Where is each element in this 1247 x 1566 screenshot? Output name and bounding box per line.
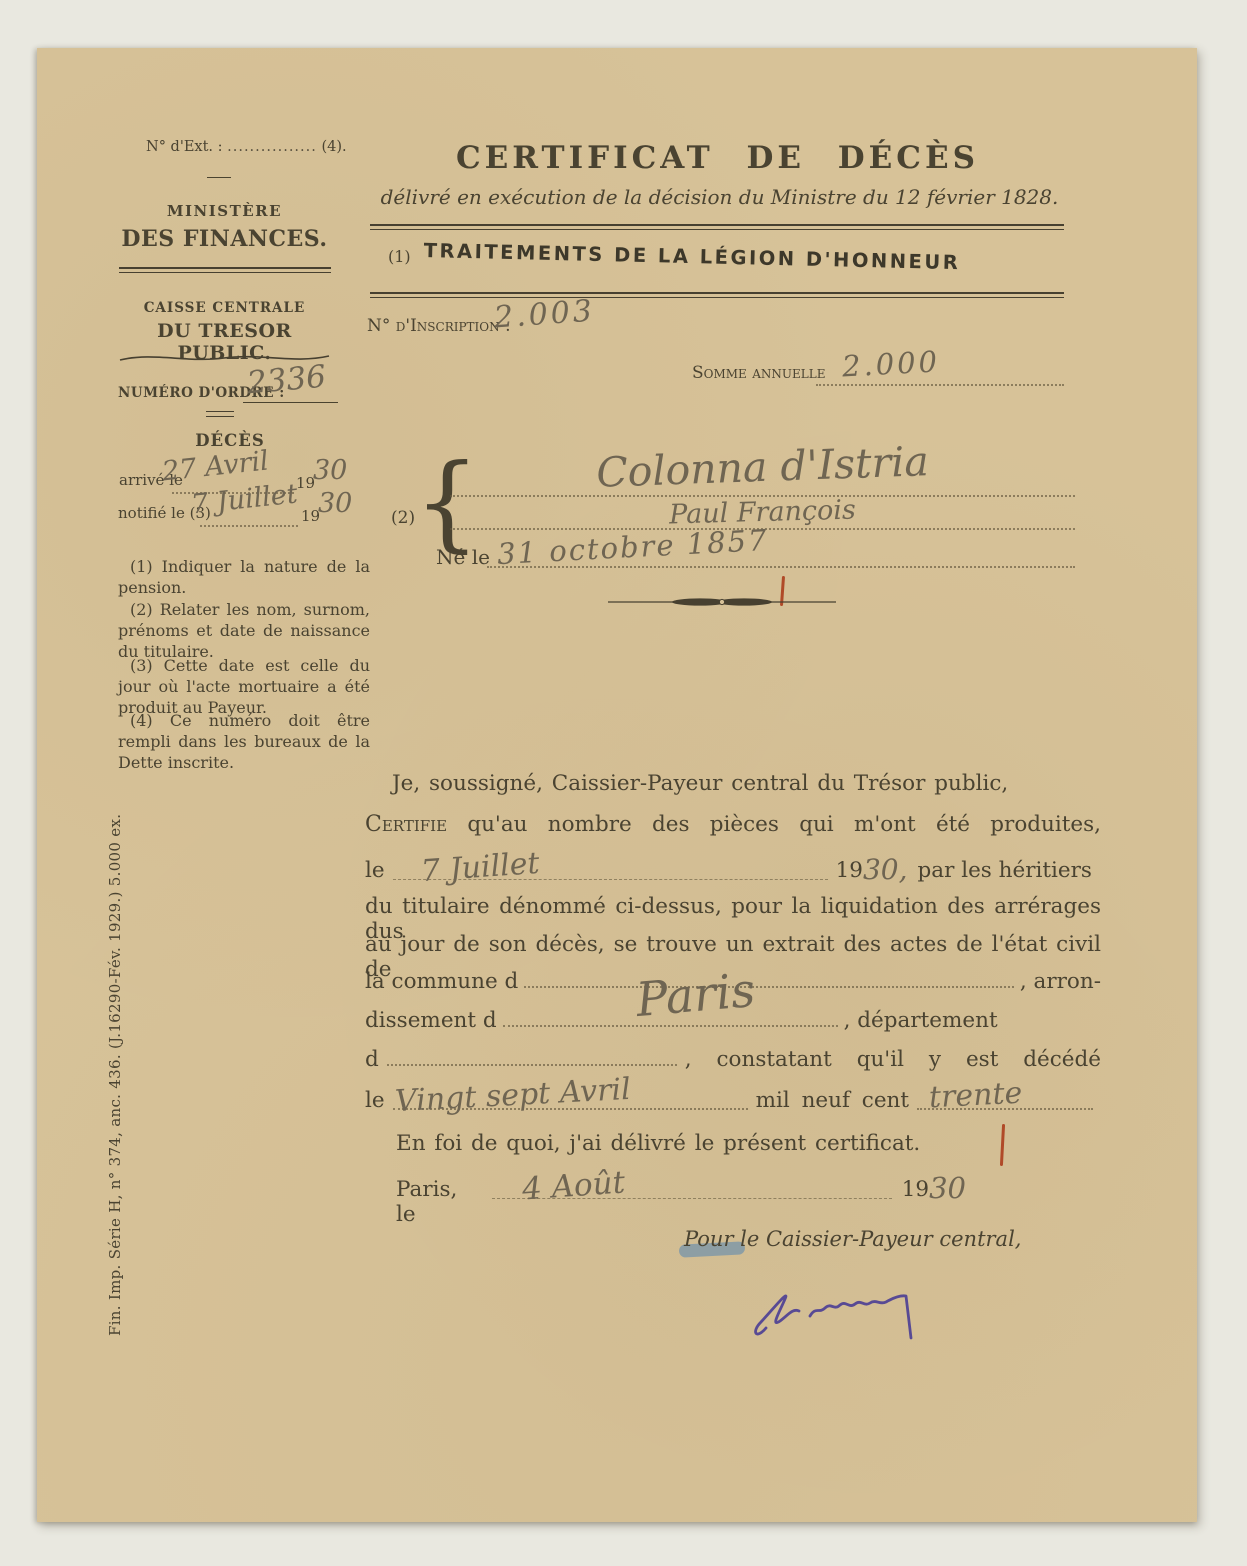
deces-year-value: trente bbox=[928, 1075, 1023, 1115]
issue-year-written: 30 bbox=[929, 1171, 966, 1205]
printer-imprint-vertical: Fin. Imp. Série H, n° 374, anc. 436. (J.… bbox=[106, 788, 124, 1336]
body-certifie-line: Certifie qu'au nombre des pièces qui m'o… bbox=[365, 812, 1101, 837]
produced-year-written: 30, bbox=[863, 853, 908, 886]
double-rule-bottom bbox=[370, 292, 1064, 298]
paris-le-label: Paris, le bbox=[396, 1177, 482, 1227]
divider-ornament bbox=[608, 594, 836, 610]
stamp-ref-number: (1) bbox=[388, 247, 411, 266]
body-deces-date-line: le Vingt sept Avril mil neuf cent trente bbox=[365, 1085, 1101, 1113]
arron-suffix: , arron- bbox=[1020, 969, 1101, 994]
footnote-text: Ce numéro doit être rempli dans les bure… bbox=[118, 711, 370, 772]
deces-heading: DÉCÈS bbox=[170, 431, 290, 450]
footnote-ref: (3) bbox=[130, 656, 153, 675]
inscription-value: 2.003 bbox=[493, 294, 596, 336]
century-printed: 19 bbox=[902, 1177, 929, 1202]
certifie-rest: qu'au nombre des pièces qui m'ont été pr… bbox=[467, 812, 1101, 837]
heirs-text: par les héritiers bbox=[918, 858, 1092, 883]
somme-annuelle-value: 2.000 bbox=[841, 344, 941, 383]
body-departement-line: d , constatant qu'il y est décédé bbox=[365, 1047, 1101, 1072]
deces-year-field: trente bbox=[917, 1085, 1093, 1107]
caisse-centrale-line: CAISSE CENTRALE bbox=[118, 300, 331, 316]
inscription-label: N° d'Inscription : bbox=[367, 316, 511, 336]
d-label: d bbox=[365, 1047, 379, 1072]
le-word: le bbox=[365, 858, 385, 883]
footnote-text: Relater les nom, surnom, prénoms et date… bbox=[118, 600, 370, 661]
double-rule-top bbox=[370, 224, 1064, 230]
produced-date-value: 7 Juillet bbox=[420, 846, 541, 889]
departement-suffix: , département bbox=[844, 1008, 998, 1033]
commune-label: la commune d bbox=[365, 969, 518, 994]
footnote-ref: (1) bbox=[130, 557, 153, 576]
somme-annuelle-label: Somme annuelle bbox=[692, 363, 825, 383]
certifie-word: Certifie bbox=[365, 812, 447, 837]
pour-caissier-line: Pour le Caissier-Payeur central, bbox=[684, 1227, 1021, 1251]
footnote-2: (2) Relater les nom, surnom, prénoms et … bbox=[118, 599, 370, 662]
issue-date-field: 4 Août bbox=[492, 1175, 892, 1197]
notifie-year-written: 30 bbox=[318, 488, 352, 519]
double-rule-header bbox=[119, 267, 331, 273]
footnote-text: Cette date est celle du jour où l'acte m… bbox=[118, 656, 370, 717]
ordre-underline bbox=[243, 402, 338, 403]
le-word: le bbox=[365, 1088, 385, 1113]
scanned-document-photo: { "colors": { "paper": "#d7c298", "mat_b… bbox=[0, 0, 1247, 1566]
footnote-ref: (4) bbox=[130, 711, 153, 730]
brace-ref-number: (2) bbox=[391, 508, 415, 528]
body-produced-date-line: le 7 Juillet 19 30, par les héritiers bbox=[365, 851, 1101, 884]
numero-ordre-value: 2336 bbox=[246, 359, 328, 402]
ministere-line: MINISTÈRE bbox=[118, 202, 331, 220]
footnote-ref: (2) bbox=[130, 600, 153, 619]
footnote-4: (4) Ce numéro doit être rempli dans les … bbox=[118, 710, 370, 773]
century-printed: 19 bbox=[836, 858, 863, 883]
constatant-suffix: , constatant qu'il y est décédé bbox=[685, 1047, 1101, 1072]
body-foi-line: En foi de quoi, j'ai délivré le présent … bbox=[396, 1131, 1132, 1156]
deces-date-field: Vingt sept Avril bbox=[393, 1085, 748, 1107]
mil-neuf-cent-text: mil neuf cent bbox=[756, 1088, 909, 1113]
footnote-1: (1) Indiquer la nature de la pension. bbox=[118, 556, 370, 598]
somme-leader-line bbox=[816, 384, 1064, 386]
footnote-text: Indiquer la nature de la pension. bbox=[118, 557, 370, 597]
body-opening-line: Je, soussigné, Caissier-Payeur central d… bbox=[392, 771, 1128, 796]
arrive-year-written: 30 bbox=[313, 455, 347, 486]
finances-line: DES FINANCES. bbox=[118, 226, 331, 252]
dissement-label: dissement d bbox=[365, 1008, 497, 1033]
commune-value-handwritten: Paris bbox=[634, 963, 757, 1028]
small-dash-rule bbox=[207, 177, 231, 178]
dotted-leader-line bbox=[387, 1064, 677, 1066]
signature-ink bbox=[750, 1276, 965, 1348]
dotted-leader-line bbox=[524, 986, 1014, 988]
footnote-3: (3) Cette date est celle du jour où l'ac… bbox=[118, 655, 370, 718]
certificate-title: CERTIFICAT DE DÉCÈS bbox=[375, 140, 1060, 176]
dotted-leader-line bbox=[200, 525, 298, 527]
certificate-subtitle: délivré en exécution de la décision du M… bbox=[372, 185, 1067, 209]
ne-le-label: Né le bbox=[436, 545, 490, 569]
ext-number-note: (4). bbox=[321, 139, 346, 155]
ext-number-line: N° d'Ext. : ................ (4). bbox=[146, 139, 347, 155]
small-equals-mark bbox=[206, 411, 234, 417]
ext-number-dots: ................ bbox=[227, 139, 317, 155]
issue-date-value: 4 Août bbox=[521, 1164, 626, 1207]
produced-date-field: 7 Juillet bbox=[393, 856, 828, 878]
body-issue-date-line: Paris, le 4 Août 19 30 bbox=[396, 1169, 966, 1227]
ext-number-label: N° d'Ext. : bbox=[146, 139, 223, 155]
